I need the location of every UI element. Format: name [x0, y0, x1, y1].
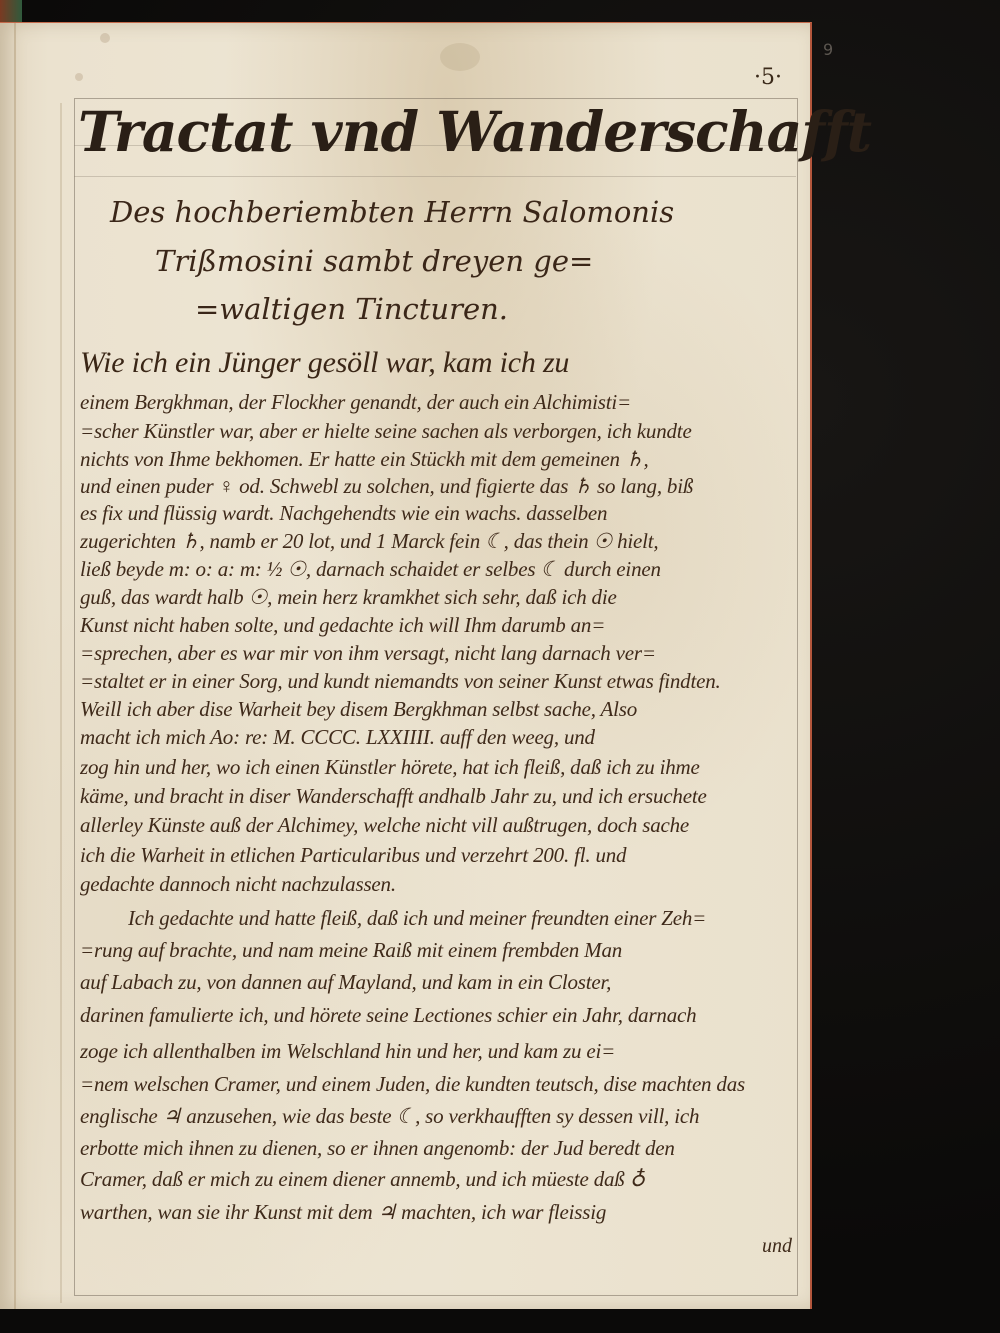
body-line: Weill ich aber dise Warheit bey disem Be…	[80, 697, 800, 722]
body-line: einem Bergkhman, der Flockher genandt, d…	[80, 390, 800, 415]
body-line: macht ich mich Ao: re: M. CCCC. LXXIIII.…	[80, 725, 800, 750]
body-line: käme, und bracht in diser Wanderschafft …	[80, 784, 800, 809]
body-line: ließ beyde m: o: a: m: ½ ☉, darnach scha…	[80, 557, 800, 582]
ruled-line	[74, 176, 796, 177]
page-number-ink: ·5·	[754, 65, 782, 90]
subtitle-line-1: Des hochberiembten Herrn Salomonis	[110, 195, 674, 229]
body-line: warthen, wan sie ihr Kunst mit dem ♃ mac…	[80, 1200, 800, 1225]
body-line: nichts von Ihme bekhomen. Er hatte ein S…	[80, 447, 800, 472]
catchword: und	[762, 1235, 792, 1258]
body-line: auf Labach zu, von dannen auf Mayland, u…	[80, 970, 800, 995]
body-line: darinen famulierte ich, und hörete seine…	[80, 1003, 800, 1028]
body-line: ich die Warheit in etlichen Particularib…	[80, 843, 800, 868]
body-line: englische ♃ anzusehen, wie das beste ☾, …	[80, 1104, 800, 1129]
body-line: =rung auf brachte, und nam meine Raiß mi…	[80, 938, 800, 963]
body-line: es fix und flüssig wardt. Nachgehendts w…	[80, 501, 800, 526]
body-line: =staltet er in einer Sorg, und kundt nie…	[80, 669, 800, 694]
body-line: =scher Künstler war, aber er hielte sein…	[80, 419, 800, 444]
body-line: Wie ich ein Jünger gesöll war, kam ich z…	[80, 346, 800, 380]
body-line: zugerichten ♄, namb er 20 lot, und 1 Mar…	[80, 529, 800, 554]
body-line: guß, das wardt halb ☉, mein herz kramkhe…	[80, 585, 800, 610]
subtitle-line-2: Trißmosini sambt dreyen ge=	[155, 244, 593, 278]
body-line: Kunst nicht haben solte, und gedachte ic…	[80, 613, 800, 638]
body-line: gedachte dannoch nicht nachzulassen.	[80, 872, 800, 897]
folio-number-pencil: 9	[823, 40, 833, 59]
body-line-paragraph-start: Ich gedachte und hatte fleiß, daß ich un…	[128, 906, 800, 931]
foxing-spot	[100, 33, 110, 43]
water-stain	[440, 43, 480, 71]
body-line: allerley Künste auß der Alchimey, welche…	[80, 813, 800, 838]
subtitle-line-3: =waltigen Tincturen.	[195, 292, 508, 326]
body-line: zoge ich allenthalben im Welschland hin …	[80, 1039, 800, 1064]
body-line: Cramer, daß er mich zu einem diener anne…	[80, 1167, 800, 1192]
foxing-spot	[75, 73, 83, 81]
manuscript-title: Tractat vnd Wanderschafft	[78, 104, 800, 159]
body-line: =sprechen, aber es war mir von ihm versa…	[80, 641, 800, 666]
gutter-fold	[14, 23, 16, 1309]
body-line: und einen puder ♀ od. Schwebl zu solchen…	[80, 474, 800, 499]
body-line: erbotte mich ihnen zu dienen, so er ihne…	[80, 1136, 800, 1161]
body-line: zog hin und her, wo ich einen Künstler h…	[80, 755, 800, 780]
gutter-crease	[60, 103, 62, 1303]
body-line: =nem welschen Cramer, und einem Juden, d…	[80, 1072, 800, 1097]
